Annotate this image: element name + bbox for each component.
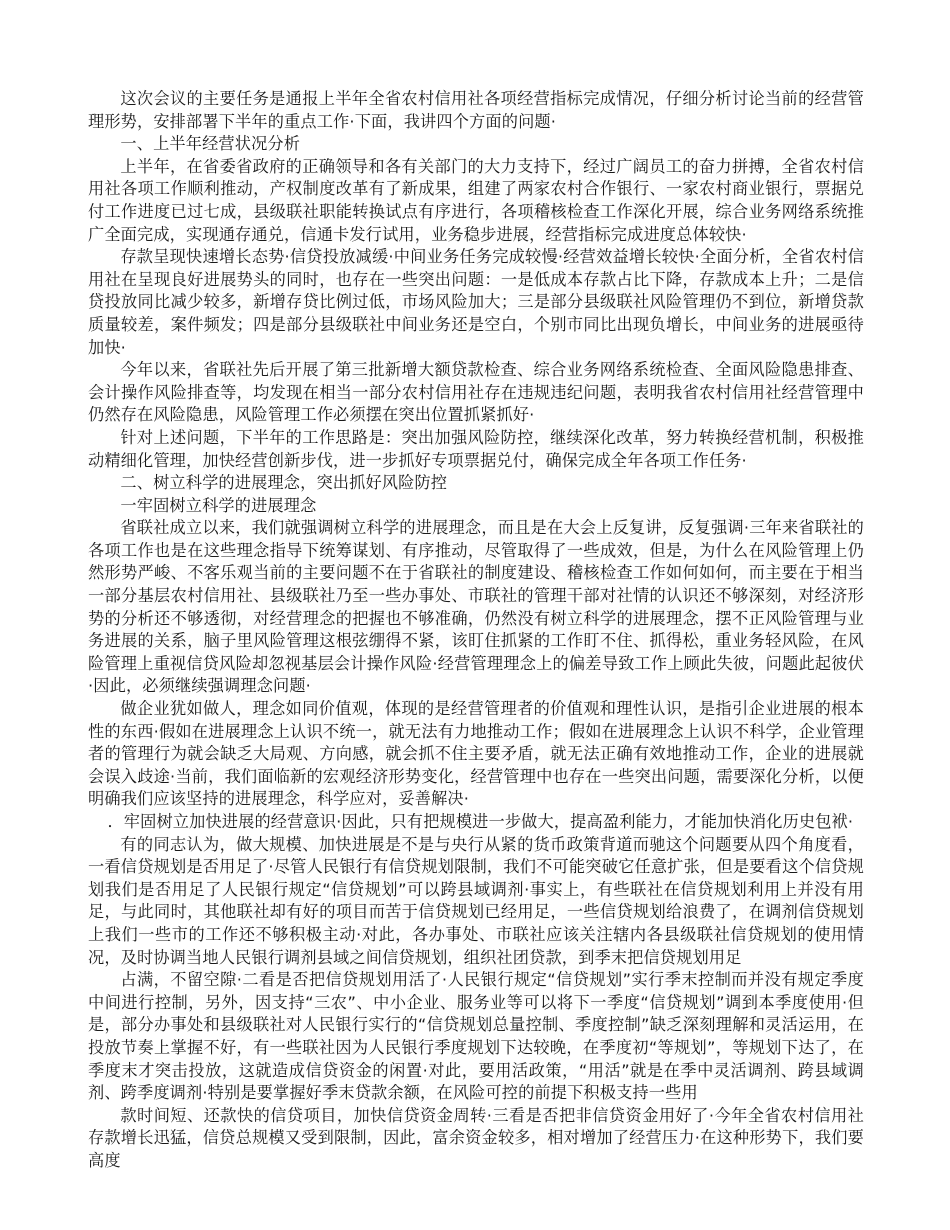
paragraph: 占满，不留空隙·二看是否把信贷规划用活了·人民银行规定“信贷规划”实行季末控制而… bbox=[88, 969, 864, 1105]
paragraph: 针对上述问题，下半年的工作思路是：突出加强风险防控，继续深化改革，努力转换经营机… bbox=[88, 427, 864, 472]
paragraph-intro: 这次会议的主要任务是通报上半年全省农村信用社各项经营指标完成情况，仔细分析讨论当… bbox=[88, 88, 864, 133]
paragraph: 做企业犹如做人，理念如同价值观，体现的是经营管理者的价值观和理性认识，是指引企业… bbox=[88, 698, 864, 811]
section-heading-2: 二、树立科学的进展理念，突出抓好风险防控 bbox=[88, 472, 864, 495]
subsection-heading: 一牢固树立科学的进展理念 bbox=[88, 495, 864, 518]
document-page: 这次会议的主要任务是通报上半年全省农村信用社各项经营指标完成情况，仔细分析讨论当… bbox=[88, 88, 864, 1173]
paragraph: 存款呈现快速增长态势·信贷投放减缓·中间业务任务完成较慢·经营效益增长较快·全面… bbox=[88, 246, 864, 359]
paragraph: 款时间短、还款快的信贷项目，加快信贷资金周转·三看是否把非信贷资金用好了·今年全… bbox=[88, 1105, 864, 1173]
section-heading-1: 一、上半年经营状况分析 bbox=[88, 133, 864, 156]
paragraph: 省联社成立以来，我们就强调树立科学的进展理念，而且是在大会上反复讲，反复强调·三… bbox=[88, 517, 864, 698]
paragraph: 有的同志认为，做大规模、加快进展是不是与央行从紧的货币政策背道而驰这个问题要从四… bbox=[88, 834, 864, 970]
paragraph: 上半年，在省委省政府的正确领导和各有关部门的大力支持下，经过广阔员工的奋力拼搏，… bbox=[88, 156, 864, 246]
paragraph-subpoint: ．牢固树立加快进展的经营意识·因此，只有把规模进一步做大，提高盈利能力，才能加快… bbox=[88, 811, 864, 834]
paragraph: 今年以来，省联社先后开展了第三批新增大额贷款检查、综合业务网络系统检查、全面风险… bbox=[88, 359, 864, 427]
